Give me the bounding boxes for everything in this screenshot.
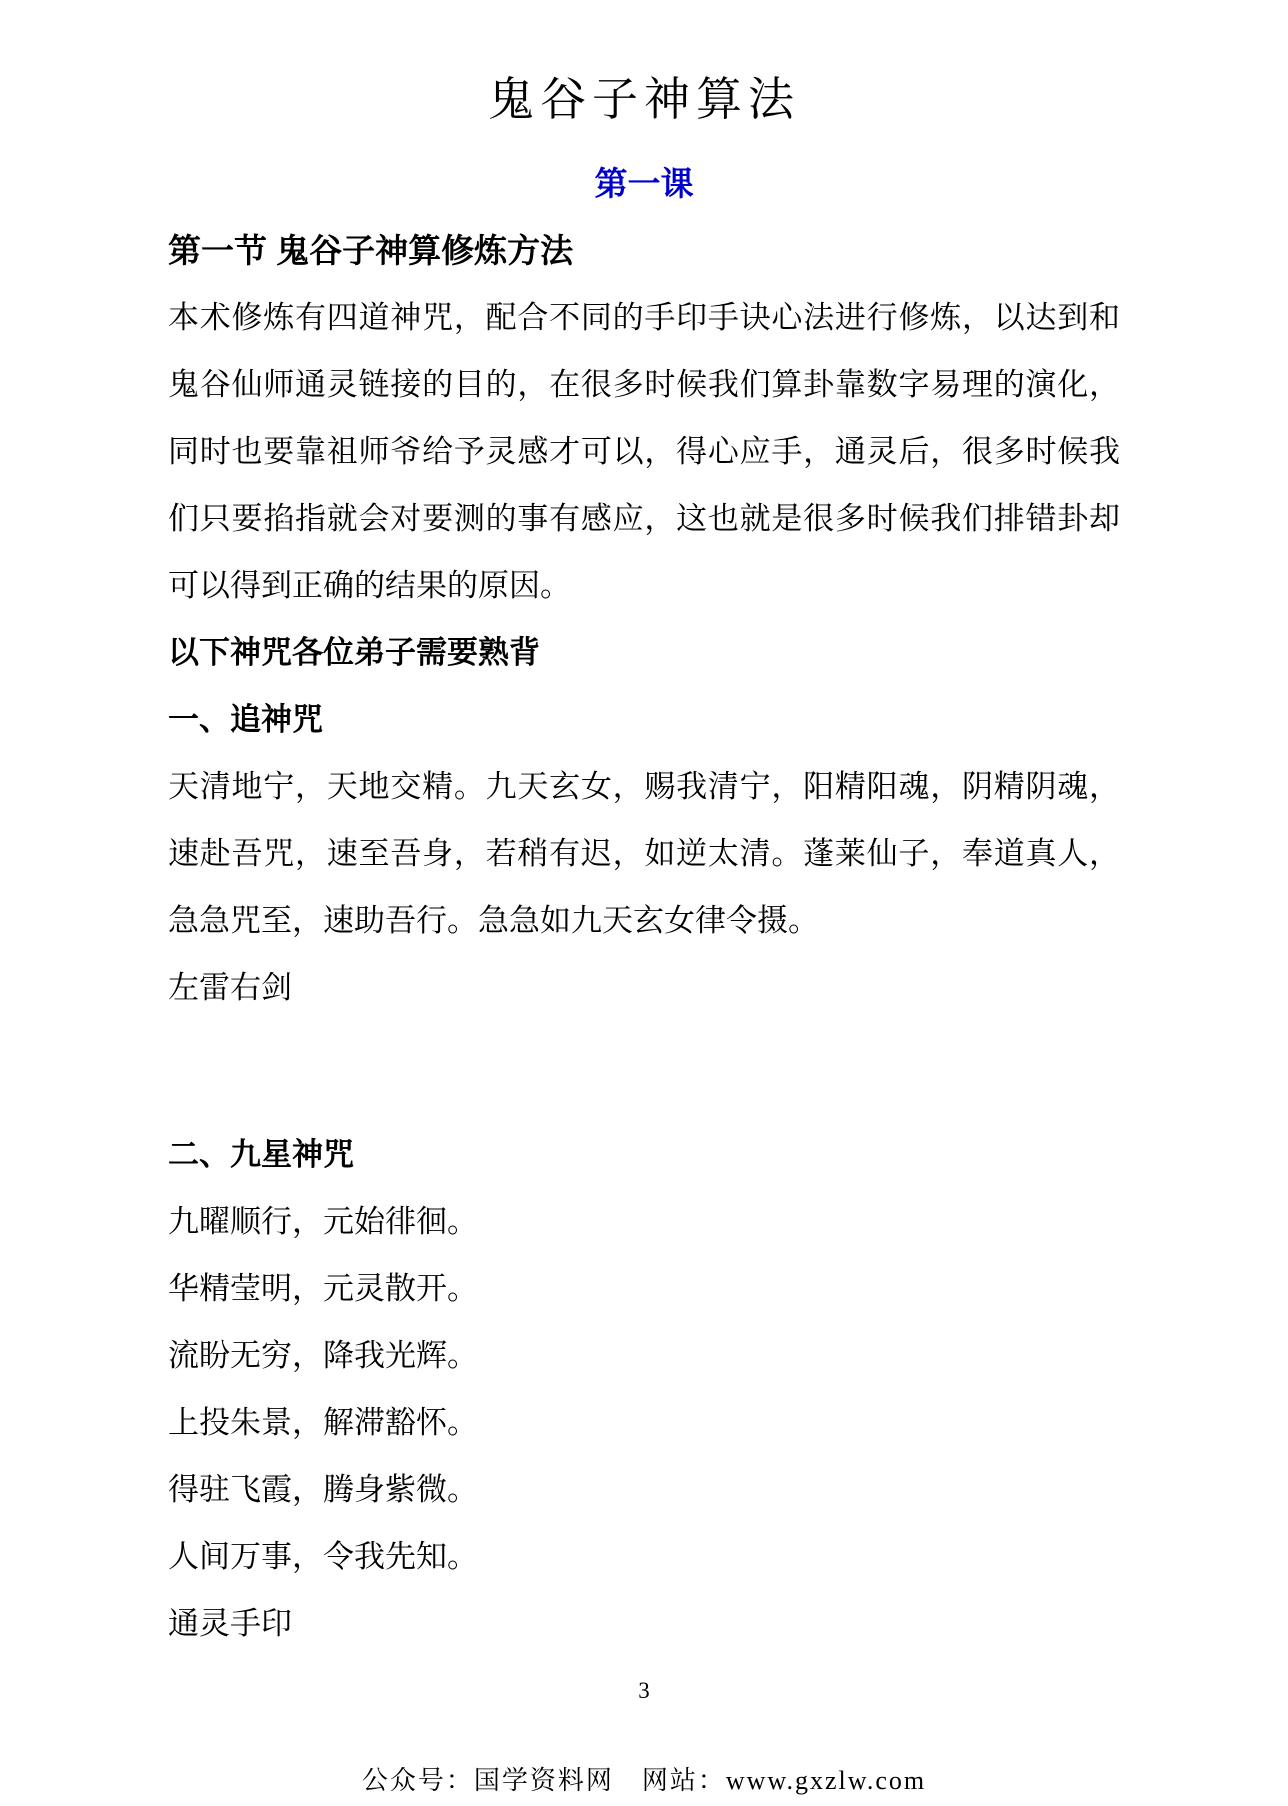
intro-line: 同时也要靠祖师爷给予灵感才可以，得心应手，通灵后，很多时候我 xyxy=(168,418,1120,485)
document-page: 鬼谷子神算法 第一课 第一节 鬼谷子神算修炼方法 本术修炼有四道神咒，配合不同的… xyxy=(0,0,1288,1806)
document-content: 鬼谷子神算法 第一课 第一节 鬼谷子神算修炼方法 本术修炼有四道神咒，配合不同的… xyxy=(0,72,1288,1657)
section-heading: 第一节 鬼谷子神算修炼方法 xyxy=(168,230,1120,272)
paragraph-spacer xyxy=(168,1021,1120,1121)
mantra1-line: 速赴吾咒，速至吾身，若稍有迟，如逆太清。蓬莱仙子，奉道真人， xyxy=(168,820,1120,887)
mantra1-note: 左雷右剑 xyxy=(168,954,1120,1021)
intro-line: 鬼谷仙师通灵链接的目的，在很多时候我们算卦靠数字易理的演化， xyxy=(168,351,1120,418)
footer-text: 公众号：国学资料网 网站：www.gxzlw.com xyxy=(0,1760,1288,1797)
mantra2-body: 九曜顺行，元始徘徊。 华精莹明，元灵散开。 流盼无穷，降我光辉。 上投朱景，解滞… xyxy=(168,1188,1120,1657)
intro-line: 们只要掐指就会对要测的事有感应，这也就是很多时候我们排错卦却 xyxy=(168,485,1120,552)
intro-paragraph: 本术修炼有四道神咒，配合不同的手印手诀心法进行修炼，以达到和 鬼谷仙师通灵链接的… xyxy=(168,284,1120,619)
page-number: 3 xyxy=(0,1678,1288,1704)
mantra2-note: 通灵手印 xyxy=(168,1590,1120,1657)
mantra1-heading: 一、追神咒 xyxy=(168,686,1120,753)
mantra2-heading: 二、九星神咒 xyxy=(168,1121,1120,1188)
mantra2-line: 九曜顺行，元始徘徊。 xyxy=(168,1188,1120,1255)
mantra1-line: 急急咒至，速助吾行。急急如九天玄女律令摄。 xyxy=(168,887,1120,954)
lesson-title: 第一课 xyxy=(168,164,1120,204)
document-title: 鬼谷子神算法 xyxy=(168,72,1120,128)
mantra2-line: 得驻飞霞，腾身紫微。 xyxy=(168,1456,1120,1523)
intro-line: 可以得到正确的结果的原因。 xyxy=(168,552,1120,619)
mantra2-line: 华精莹明，元灵散开。 xyxy=(168,1255,1120,1322)
mantra2-line: 人间万事，令我先知。 xyxy=(168,1523,1120,1590)
memorize-heading: 以下神咒各位弟子需要熟背 xyxy=(168,619,1120,686)
mantra1-line: 天清地宁，天地交精。九天玄女，赐我清宁，阳精阳魂，阴精阴魂， xyxy=(168,753,1120,820)
mantra1-body: 天清地宁，天地交精。九天玄女，赐我清宁，阳精阳魂，阴精阴魂， 速赴吾咒，速至吾身… xyxy=(168,753,1120,1021)
mantra2-line: 流盼无穷，降我光辉。 xyxy=(168,1322,1120,1389)
intro-line: 本术修炼有四道神咒，配合不同的手印手诀心法进行修炼，以达到和 xyxy=(168,284,1120,351)
mantra2-line: 上投朱景，解滞豁怀。 xyxy=(168,1389,1120,1456)
